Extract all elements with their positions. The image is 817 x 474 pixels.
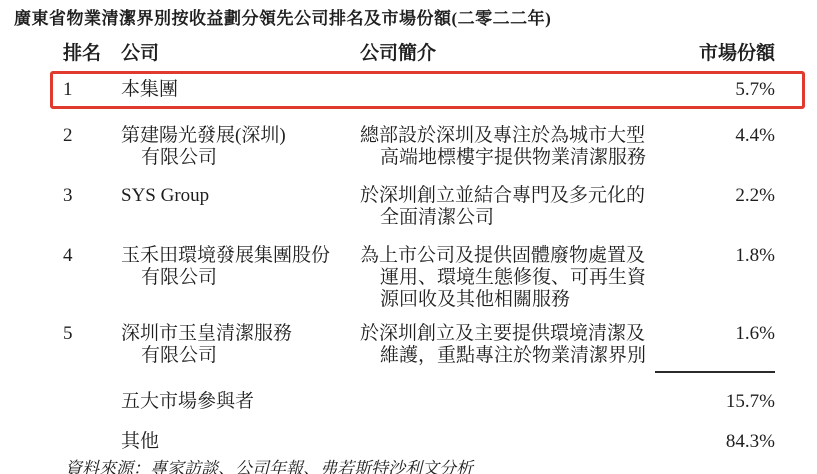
table-row: 4 玉禾田環境發展集團股份 有限公司 為上市公司及提供固體廢物處置及 運用、環境… [63, 245, 817, 311]
table-row: 1 本集團 5.7% [63, 79, 790, 101]
company-cell: 第建陽光發展(深圳) 有限公司 [121, 125, 360, 169]
rank-cell: 1 [63, 79, 121, 101]
summary-label: 五大市場參與者 [121, 391, 360, 413]
company-cell: 深圳市玉皇清潔服務 有限公司 [121, 323, 360, 367]
subtotal-rule [655, 371, 775, 373]
table-header: 排名 公司 公司簡介 市場份額 [63, 43, 817, 65]
rank-cell: 5 [63, 323, 121, 367]
share-cell: 4.4% [662, 125, 775, 169]
rank-cell: 4 [63, 245, 121, 311]
share-cell: 2.2% [662, 185, 775, 229]
share-cell: 1.8% [662, 245, 775, 311]
header-company: 公司 [121, 43, 360, 65]
page-title: 廣東省物業清潔界別按收益劃分領先公司排名及市場份額(二零二二年) [14, 8, 817, 30]
intro-cell: 於深圳創立並結合專門及多元化的 全面清潔公司 [360, 185, 662, 229]
table-row: 5 深圳市玉皇清潔服務 有限公司 於深圳創立及主要提供環境清潔及 維護，重點專注… [63, 323, 817, 367]
summary-row: 五大市場參與者 15.7% [63, 391, 817, 413]
source-note: 資料來源：專家訪談、公司年報、弗若斯特沙利文分析 [65, 459, 817, 474]
company-cell: 玉禾田環境發展集團股份 有限公司 [121, 245, 360, 311]
document-page: 廣東省物業清潔界別按收益劃分領先公司排名及市場份額(二零二二年) 排名 公司 公… [0, 8, 817, 474]
highlight-box: 1 本集團 5.7% [50, 71, 805, 109]
summary-row: 其他 84.3% [63, 431, 817, 453]
table-row: 2 第建陽光發展(深圳) 有限公司 總部設於深圳及專注於為城市大型 高端地標樓宇… [63, 125, 817, 169]
share-cell: 1.6% [662, 323, 775, 367]
company-cell: 本集團 [121, 79, 360, 101]
header-intro: 公司簡介 [360, 43, 662, 65]
company-cell: SYS Group [121, 185, 360, 229]
summary-share: 84.3% [662, 431, 775, 453]
summary-share: 15.7% [662, 391, 775, 413]
intro-cell: 為上市公司及提供固體廢物處置及 運用、環境生態修復、可再生資 源回收及其他相關服… [360, 245, 662, 311]
intro-cell: 總部設於深圳及專注於為城市大型 高端地標樓宇提供物業清潔服務 [360, 125, 662, 169]
header-share: 市場份額 [662, 43, 775, 65]
intro-cell: 於深圳創立及主要提供環境清潔及 維護，重點專注於物業清潔界別 [360, 323, 662, 367]
intro-cell [360, 79, 662, 101]
table-row: 3 SYS Group 於深圳創立並結合專門及多元化的 全面清潔公司 2.2% [63, 185, 817, 229]
header-rank: 排名 [63, 43, 121, 65]
summary-label: 其他 [121, 431, 360, 453]
share-cell: 5.7% [662, 79, 775, 101]
rank-cell: 2 [63, 125, 121, 169]
rank-cell: 3 [63, 185, 121, 229]
